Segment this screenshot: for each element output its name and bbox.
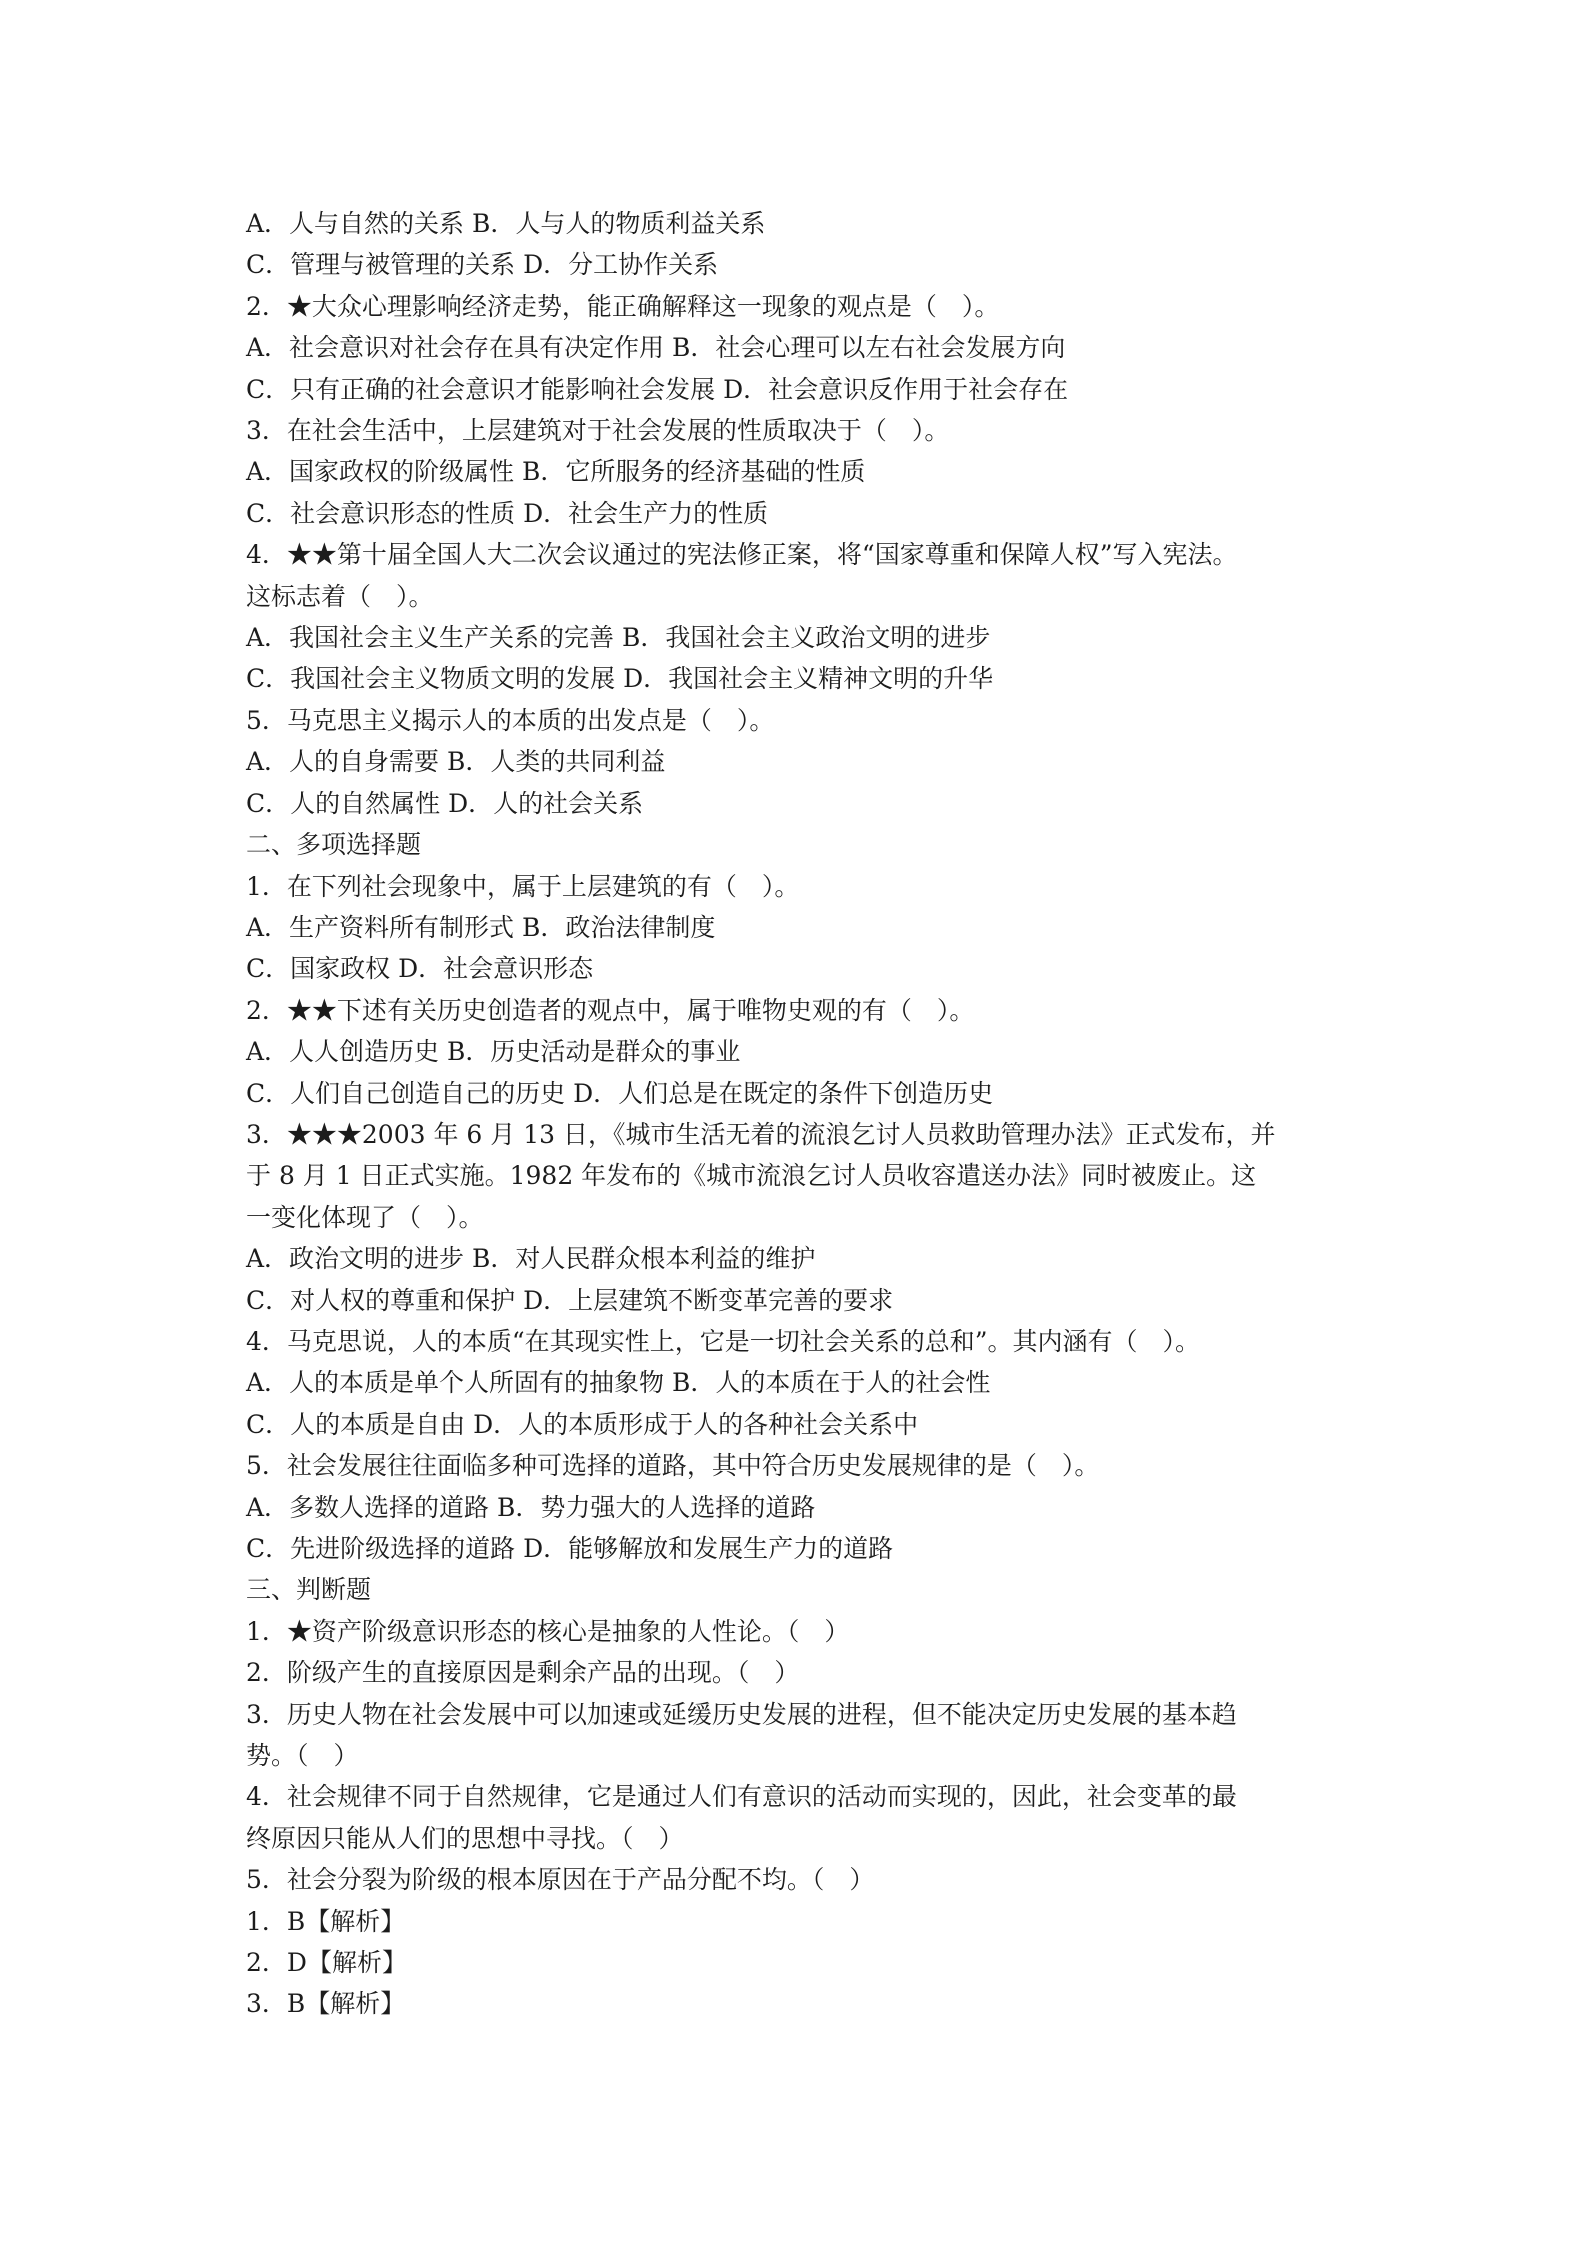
answer-2: 2．D【解析】: [246, 1942, 1378, 1983]
mc3-stem-line1: 3．★★★2003 年 6 月 13 日，《城市生活无着的流浪乞讨人员救助管理办…: [246, 1114, 1378, 1155]
mc1-stem: 1．在下列社会现象中，属于上层建筑的有（ ）。: [246, 866, 1378, 907]
mc5-options-cd: C．先进阶级选择的道路 D．能够解放和发展生产力的道路: [246, 1528, 1378, 1569]
mc3-options-cd: C．对人权的尊重和保护 D．上层建筑不断变革完善的要求: [246, 1280, 1378, 1321]
mc4-options-ab: A．人的本质是单个人所固有的抽象物 B．人的本质在于人的社会性: [246, 1362, 1378, 1403]
tf4-statement-line1: 4．社会规律不同于自然规律，它是通过人们有意识的活动而实现的，因此，社会变革的最: [246, 1776, 1378, 1817]
q2-options-ab: A．社会意识对社会存在具有决定作用 B．社会心理可以左右社会发展方向: [246, 327, 1378, 368]
document-page: A．人与自然的关系 B．人与人的物质利益关系 C．管理与被管理的关系 D．分工协…: [246, 203, 1378, 2025]
mc3-stem-line3: 一变化体现了（ ）。: [246, 1197, 1378, 1238]
mc4-options-cd: C．人的本质是自由 D．人的本质形成于人的各种社会关系中: [246, 1404, 1378, 1445]
tf2-statement: 2．阶级产生的直接原因是剩余产品的出现。（ ）: [246, 1652, 1378, 1693]
tf3-statement-line2: 势。（ ）: [246, 1735, 1378, 1776]
mc1-options-ab: A．生产资料所有制形式 B．政治法律制度: [246, 907, 1378, 948]
q1-options-ab: A．人与自然的关系 B．人与人的物质利益关系: [246, 203, 1378, 244]
mc2-stem: 2．★★下述有关历史创造者的观点中，属于唯物史观的有（ ）。: [246, 990, 1378, 1031]
answer-1: 1．B【解析】: [246, 1901, 1378, 1942]
answer-3: 3．B【解析】: [246, 1983, 1378, 2024]
q5-options-ab: A．人的自身需要 B．人类的共同利益: [246, 741, 1378, 782]
mc2-options-ab: A．人人创造历史 B．历史活动是群众的事业: [246, 1031, 1378, 1072]
q3-options-cd: C．社会意识形态的性质 D．社会生产力的性质: [246, 493, 1378, 534]
q2-options-cd: C．只有正确的社会意识才能影响社会发展 D．社会意识反作用于社会存在: [246, 369, 1378, 410]
q4-stem-line2: 这标志着（ ）。: [246, 576, 1378, 617]
q1-options-cd: C．管理与被管理的关系 D．分工协作关系: [246, 244, 1378, 285]
q4-options-ab: A．我国社会主义生产关系的完善 B．我国社会主义政治文明的进步: [246, 617, 1378, 658]
q3-stem: 3．在社会生活中，上层建筑对于社会发展的性质取决于（ ）。: [246, 410, 1378, 451]
tf4-statement-line2: 终原因只能从人们的思想中寻找。（ ）: [246, 1818, 1378, 1859]
mc4-stem: 4．马克思说，人的本质“在其现实性上，它是一切社会关系的总和”。其内涵有（ ）。: [246, 1321, 1378, 1362]
tf5-statement: 5．社会分裂为阶级的根本原因在于产品分配不均。（ ）: [246, 1859, 1378, 1900]
tf3-statement-line1: 3．历史人物在社会发展中可以加速或延缓历史发展的进程，但不能决定历史发展的基本趋: [246, 1694, 1378, 1735]
q3-options-ab: A．国家政权的阶级属性 B．它所服务的经济基础的性质: [246, 451, 1378, 492]
tf1-statement: 1．★资产阶级意识形态的核心是抽象的人性论。（ ）: [246, 1611, 1378, 1652]
mc5-stem: 5．社会发展往往面临多种可选择的道路，其中符合历史发展规律的是（ ）。: [246, 1445, 1378, 1486]
q4-options-cd: C．我国社会主义物质文明的发展 D．我国社会主义精神文明的升华: [246, 658, 1378, 699]
section-heading-true-false: 三、判断题: [246, 1569, 1378, 1610]
mc1-options-cd: C．国家政权 D．社会意识形态: [246, 948, 1378, 989]
q5-options-cd: C．人的自然属性 D．人的社会关系: [246, 783, 1378, 824]
q5-stem: 5．马克思主义揭示人的本质的出发点是（ ）。: [246, 700, 1378, 741]
q4-stem-line1: 4．★★第十届全国人大二次会议通过的宪法修正案，将“国家尊重和保障人权”写入宪法…: [246, 534, 1378, 575]
mc2-options-cd: C．人们自己创造自己的历史 D．人们总是在既定的条件下创造历史: [246, 1073, 1378, 1114]
mc3-options-ab: A．政治文明的进步 B．对人民群众根本利益的维护: [246, 1238, 1378, 1279]
q2-stem: 2．★大众心理影响经济走势，能正确解释这一现象的观点是（ ）。: [246, 286, 1378, 327]
mc5-options-ab: A．多数人选择的道路 B．势力强大的人选择的道路: [246, 1487, 1378, 1528]
section-heading-multiple-choice: 二、多项选择题: [246, 824, 1378, 865]
mc3-stem-line2: 于 8 月 1 日正式实施。1982 年发布的《城市流浪乞讨人员收容遣送办法》同…: [246, 1155, 1378, 1196]
